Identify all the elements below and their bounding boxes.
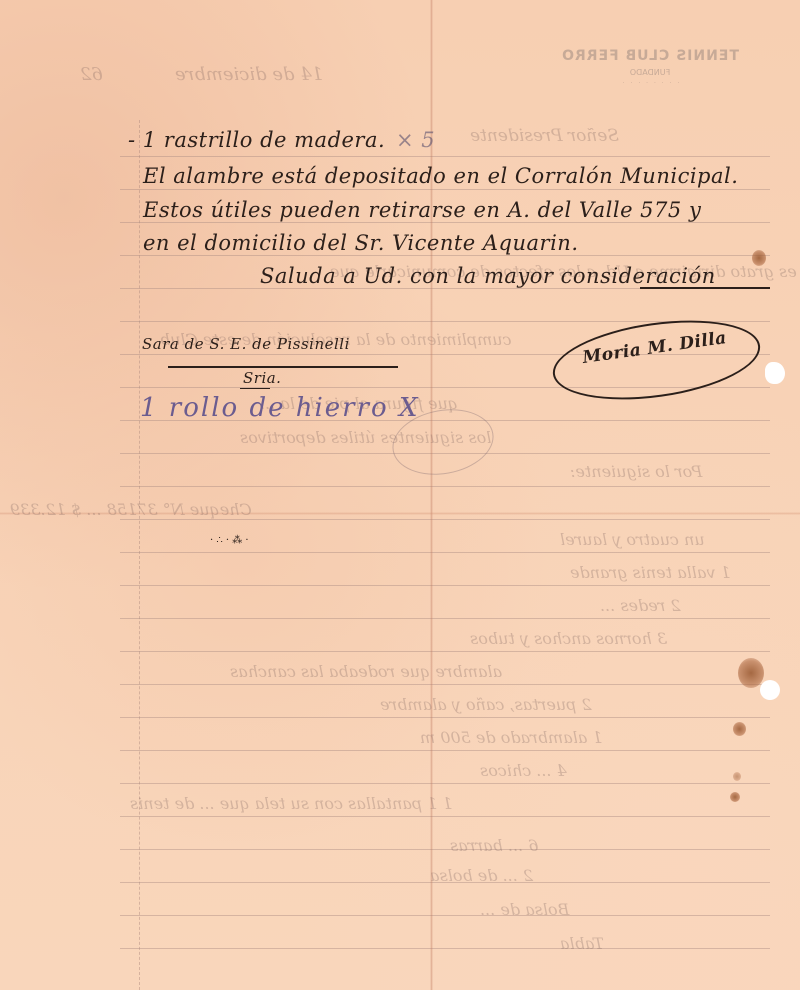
bleed-line: 6 ... barras (450, 836, 538, 855)
ruled-line (120, 717, 770, 718)
ruled-line (120, 684, 770, 685)
body-line-4: en el domicilio del Sr. Vicente Aquarin. (143, 231, 579, 255)
stain (730, 792, 740, 802)
bleed-line: 2 puertas, caño y alambre (380, 695, 592, 714)
ruled-line (120, 255, 770, 256)
body-line-5-closing: Saluda a Ud. con la mayor consideración (260, 264, 716, 288)
bleed-line: 3 hornos anchos y tubos (470, 629, 667, 648)
body-line-3: Estos útiles pueden retirarse en A. del … (143, 198, 701, 222)
bleed-line: 1 1 pantallas con su tela que ... de ten… (130, 794, 453, 813)
date-bleed: 14 de diciembre (175, 64, 323, 85)
ruled-line (120, 750, 770, 751)
letterhead-sub: FUNDADO (530, 68, 770, 77)
body-line-2: El alambre está depositado en el Corraló… (143, 164, 738, 188)
stain (752, 250, 766, 266)
letter-page: TENNIS CLUB FERRO FUNDADO · · · · · · · … (0, 0, 800, 990)
stain (733, 722, 746, 736)
paper-hole (760, 680, 780, 700)
ruled-line (120, 156, 770, 157)
ruled-line (120, 816, 770, 817)
bleed-line: Señor Presidente (470, 126, 619, 146)
letterhead-sub2: · · · · · · · · (530, 80, 770, 87)
ruled-line (120, 783, 770, 784)
line-1-mark: × 5 (396, 128, 435, 152)
bleed-line: 1 alambrado de 500 m (420, 728, 603, 747)
bleed-line: 2 redes ... (600, 596, 681, 615)
ruled-line (120, 552, 770, 553)
ink-specks: · ∴ · ⁂ · (210, 535, 249, 546)
ruled-line (120, 948, 770, 949)
body-line-1: - 1 rastrillo de madera. (128, 128, 385, 152)
bleed-line: Tabla (560, 934, 604, 953)
ruled-line (120, 486, 770, 487)
year-bleed: 62 (80, 64, 103, 85)
bleed-line: alambre que rodeaba las canchas (230, 662, 502, 681)
ruled-line (120, 189, 770, 190)
bleed-line: Por lo siguiente: (570, 462, 702, 481)
paper-hole (765, 362, 785, 384)
bleed-line: 1 valla tenis grande (570, 563, 731, 582)
ruled-line (120, 651, 770, 652)
left-signature-title: Sria. (243, 369, 281, 387)
ruled-line (120, 618, 770, 619)
signature-oval (548, 309, 765, 411)
title-underline (240, 388, 270, 389)
bleed-line: un cuatro y laurel (560, 530, 705, 549)
stain (738, 658, 764, 688)
stain (733, 772, 741, 781)
ruled-line (120, 585, 770, 586)
bleed-line: 4 ... chicos (480, 761, 567, 780)
ruled-line (120, 519, 770, 520)
margin-rule (139, 120, 140, 990)
closing-underline (640, 287, 770, 289)
ruled-line (120, 222, 770, 223)
bleed-line: Cheque N° 37158 ... $ 12.339 (10, 500, 252, 519)
bleed-line: 2 ... de bolsa (430, 866, 533, 885)
letterhead-bleed: TENNIS CLUB FERRO FUNDADO · · · · · · · … (530, 48, 770, 87)
purple-annotation: 1 rollo de hierro X (140, 393, 419, 423)
bleed-line: Bolsa de ... (480, 900, 569, 919)
left-signature-line: Sara de S. E. de Pissinelli (142, 335, 350, 353)
left-signature-rule (168, 366, 398, 368)
ruled-line (120, 849, 770, 850)
ruled-line (120, 915, 770, 916)
letterhead-title: TENNIS CLUB FERRO (530, 48, 770, 64)
